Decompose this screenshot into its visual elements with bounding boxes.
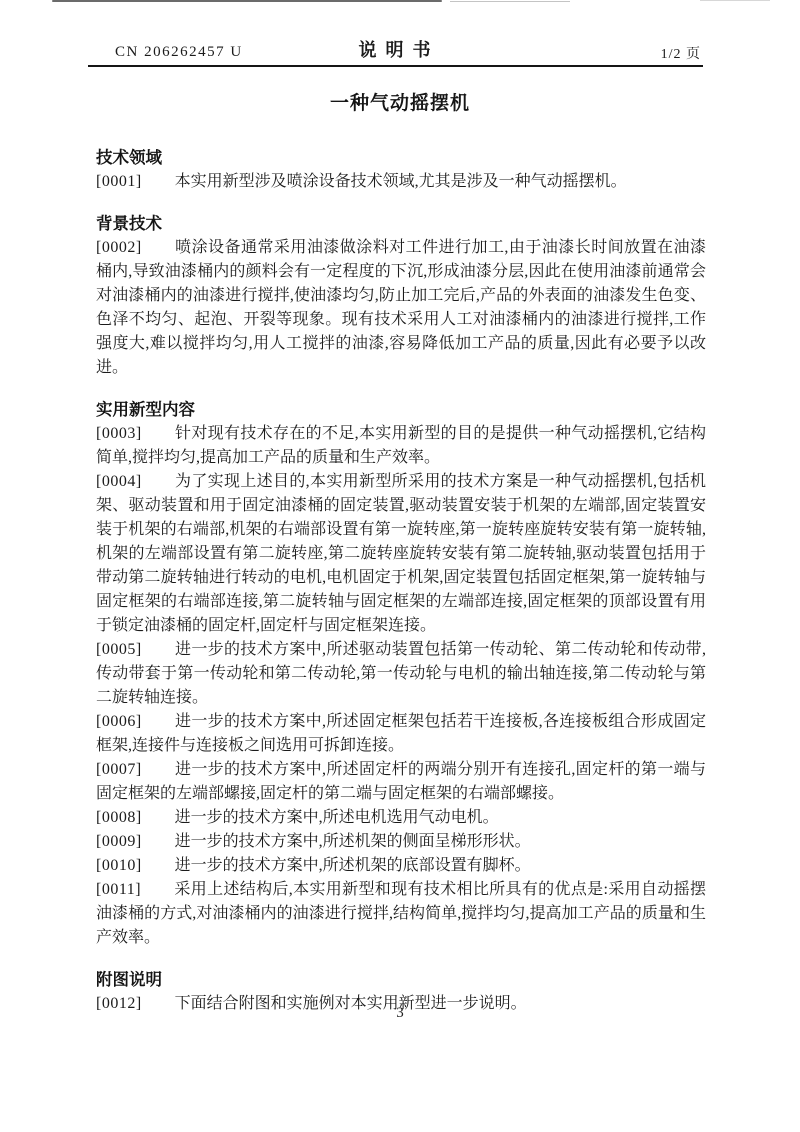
paragraph-0010: [0010]进一步的技术方案中,所述机架的底部设置有脚杯。 bbox=[96, 854, 706, 878]
header-page-indicator: 1/2 页 bbox=[661, 43, 701, 63]
paragraph-text: 为了实现上述目的,本实用新型所采用的技术方案是一种气动摇摆机,包括机架、驱动装置… bbox=[96, 473, 706, 634]
paragraph-0007: [0007]进一步的技术方案中,所述固定杆的两端分别开有连接孔,固定杆的第一端与… bbox=[96, 758, 706, 806]
paragraph-number: [0008] bbox=[96, 809, 142, 826]
paragraph-0003: [0003]针对现有技术存在的不足,本实用新型的目的是提供一种气动摇摆机,它结构… bbox=[96, 422, 706, 470]
document-body: 技术领域[0001]本实用新型涉及喷涂设备技术领域,尤其是涉及一种气动摇摆机。背… bbox=[96, 134, 706, 1016]
paragraph-text: 针对现有技术存在的不足,本实用新型的目的是提供一种气动摇摆机,它结构简单,搅拌均… bbox=[96, 425, 706, 466]
section: 技术领域[0001]本实用新型涉及喷涂设备技术领域,尤其是涉及一种气动摇摆机。 bbox=[96, 146, 706, 194]
scan-artifact-streak bbox=[52, 0, 442, 2]
document-type-title: 说 明 书 bbox=[88, 36, 703, 62]
paragraph-text: 喷涂设备通常采用油漆做涂料对工件进行加工,由于油漆长时间放置在油漆桶内,导致油漆… bbox=[96, 239, 706, 376]
section: 背景技术[0002]喷涂设备通常采用油漆做涂料对工件进行加工,由于油漆长时间放置… bbox=[96, 212, 706, 380]
paragraph-text: 进一步的技术方案中,所述机架的底部设置有脚杯。 bbox=[175, 857, 531, 874]
page-header: CN 206262457 U 说 明 书 1/2 页 bbox=[88, 36, 703, 64]
paragraph-number: [0001] bbox=[96, 173, 142, 190]
header-rule bbox=[88, 65, 703, 67]
paragraph-0002: [0002]喷涂设备通常采用油漆做涂料对工件进行加工,由于油漆长时间放置在油漆桶… bbox=[96, 236, 706, 380]
paragraph-0004: [0004]为了实现上述目的,本实用新型所采用的技术方案是一种气动摇摆机,包括机… bbox=[96, 470, 706, 638]
paragraph-number: [0005] bbox=[96, 641, 142, 658]
scan-artifact-streak bbox=[700, 0, 770, 1]
paragraph-text: 进一步的技术方案中,所述电机选用气动电机。 bbox=[175, 809, 499, 826]
paragraph-0011: [0011]采用上述结构后,本实用新型和现有技术相比所具有的优点是:采用自动摇摆… bbox=[96, 878, 706, 950]
paragraph-text: 本实用新型涉及喷涂设备技术领域,尤其是涉及一种气动摇摆机。 bbox=[175, 173, 627, 190]
paragraph-number: [0009] bbox=[96, 833, 142, 850]
invention-title: 一种气动摇摆机 bbox=[0, 88, 800, 115]
paragraph-text: 进一步的技术方案中,所述固定杆的两端分别开有连接孔,固定杆的第一端与固定框架的左… bbox=[96, 761, 706, 802]
paragraph-number: [0011] bbox=[96, 881, 141, 898]
paragraph-0006: [0006]进一步的技术方案中,所述固定框架包括若干连接板,各连接板组合形成固定… bbox=[96, 710, 706, 758]
section-heading: 附图说明 bbox=[96, 968, 706, 992]
paragraph-number: [0010] bbox=[96, 857, 142, 874]
section: 实用新型内容[0003]针对现有技术存在的不足,本实用新型的目的是提供一种气动摇… bbox=[96, 398, 706, 950]
paragraph-number: [0002] bbox=[96, 239, 142, 256]
paragraph-text: 采用上述结构后,本实用新型和现有技术相比所具有的优点是:采用自动摇摆油漆桶的方式… bbox=[96, 881, 706, 946]
paragraph-0005: [0005]进一步的技术方案中,所述驱动装置包括第一传动轮、第二传动轮和传动带,… bbox=[96, 638, 706, 710]
paragraph-0009: [0009]进一步的技术方案中,所述机架的侧面呈梯形形状。 bbox=[96, 830, 706, 854]
paragraph-0008: [0008]进一步的技术方案中,所述电机选用气动电机。 bbox=[96, 806, 706, 830]
paragraph-number: [0006] bbox=[96, 713, 142, 730]
paragraph-text: 进一步的技术方案中,所述机架的侧面呈梯形形状。 bbox=[175, 833, 531, 850]
patent-specification-page: CN 206262457 U 说 明 书 1/2 页 一种气动摇摆机 技术领域[… bbox=[0, 0, 800, 1132]
paragraph-text: 进一步的技术方案中,所述驱动装置包括第一传动轮、第二传动轮和传动带,传动带套于第… bbox=[96, 641, 706, 706]
section-heading: 背景技术 bbox=[96, 212, 706, 236]
paragraph-number: [0007] bbox=[96, 761, 142, 778]
paragraph-0001: [0001]本实用新型涉及喷涂设备技术领域,尤其是涉及一种气动摇摆机。 bbox=[96, 170, 706, 194]
section-heading: 实用新型内容 bbox=[96, 398, 706, 422]
scan-artifact-streak bbox=[450, 1, 570, 2]
paragraph-number: [0004] bbox=[96, 473, 142, 490]
page-number: 3 bbox=[0, 1005, 800, 1022]
paragraph-text: 进一步的技术方案中,所述固定框架包括若干连接板,各连接板组合形成固定框架,连接件… bbox=[96, 713, 706, 754]
section-heading: 技术领域 bbox=[96, 146, 706, 170]
paragraph-number: [0003] bbox=[96, 425, 142, 442]
